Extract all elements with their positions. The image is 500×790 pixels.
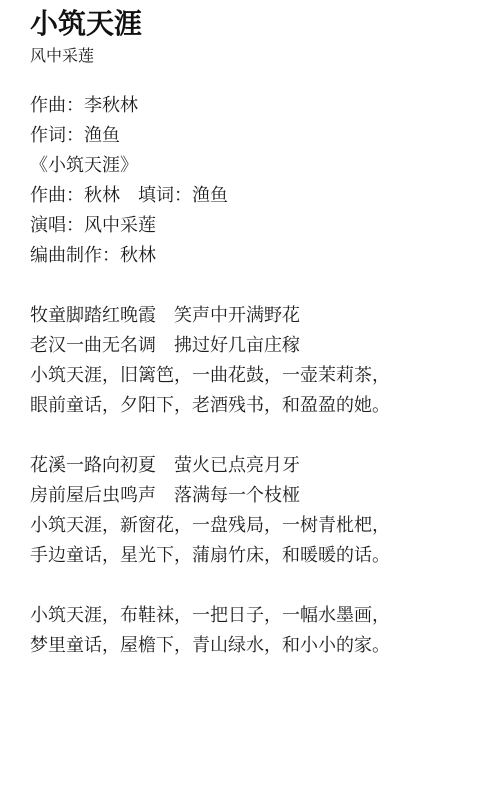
lyric-line: 老汉一曲无名调 拂过好几亩庄稼 (30, 330, 472, 360)
artist-name: 风中采莲 (30, 46, 472, 68)
lyrics-page: 小筑天涯 风中采莲 作曲：李秋林 作词：渔鱼 《小筑天涯》 作曲：秋林 填词：渔… (0, 0, 500, 660)
credit-line-composer: 作曲：李秋林 (30, 90, 472, 120)
lyric-line: 花溪一路向初夏 萤火已点亮月牙 (30, 450, 472, 480)
lyric-line: 牧童脚踏红晚霞 笑声中开满野花 (30, 300, 472, 330)
stanza-1: 牧童脚踏红晚霞 笑声中开满野花 老汉一曲无名调 拂过好几亩庄稼 小筑天涯，旧篱笆… (30, 300, 472, 420)
lyric-line: 眼前童话，夕阳下，老酒残书，和盈盈的她。 (30, 390, 472, 420)
credits-block: 作曲：李秋林 作词：渔鱼 《小筑天涯》 作曲：秋林 填词：渔鱼 演唱：风中采莲 … (30, 90, 472, 270)
lyric-line: 手边童话，星光下，蒲扇竹床，和暖暖的话。 (30, 540, 472, 570)
credit-line-song-title: 《小筑天涯》 (30, 150, 472, 180)
lyric-line: 小筑天涯，布鞋袜，一把日子，一幅水墨画， (30, 600, 472, 630)
lyric-line: 小筑天涯，旧篱笆，一曲花鼓，一壶茉莉茶， (30, 360, 472, 390)
lyric-line: 房前屋后虫鸣声 落满每一个枝桠 (30, 480, 472, 510)
lyric-line: 梦里童话，屋檐下，青山绿水，和小小的家。 (30, 630, 472, 660)
page-title: 小筑天涯 (30, 6, 472, 42)
stanza-3: 小筑天涯，布鞋袜，一把日子，一幅水墨画， 梦里童话，屋檐下，青山绿水，和小小的家… (30, 600, 472, 660)
credit-line-lyricist: 作词：渔鱼 (30, 120, 472, 150)
lyric-line: 小筑天涯，新窗花，一盘残局，一树青枇杷， (30, 510, 472, 540)
stanza-2: 花溪一路向初夏 萤火已点亮月牙 房前屋后虫鸣声 落满每一个枝桠 小筑天涯，新窗花… (30, 450, 472, 570)
credit-line-singer: 演唱：风中采莲 (30, 210, 472, 240)
credit-line-arranger: 编曲制作：秋林 (30, 240, 472, 270)
credit-line-composer-lyricist: 作曲：秋林 填词：渔鱼 (30, 180, 472, 210)
